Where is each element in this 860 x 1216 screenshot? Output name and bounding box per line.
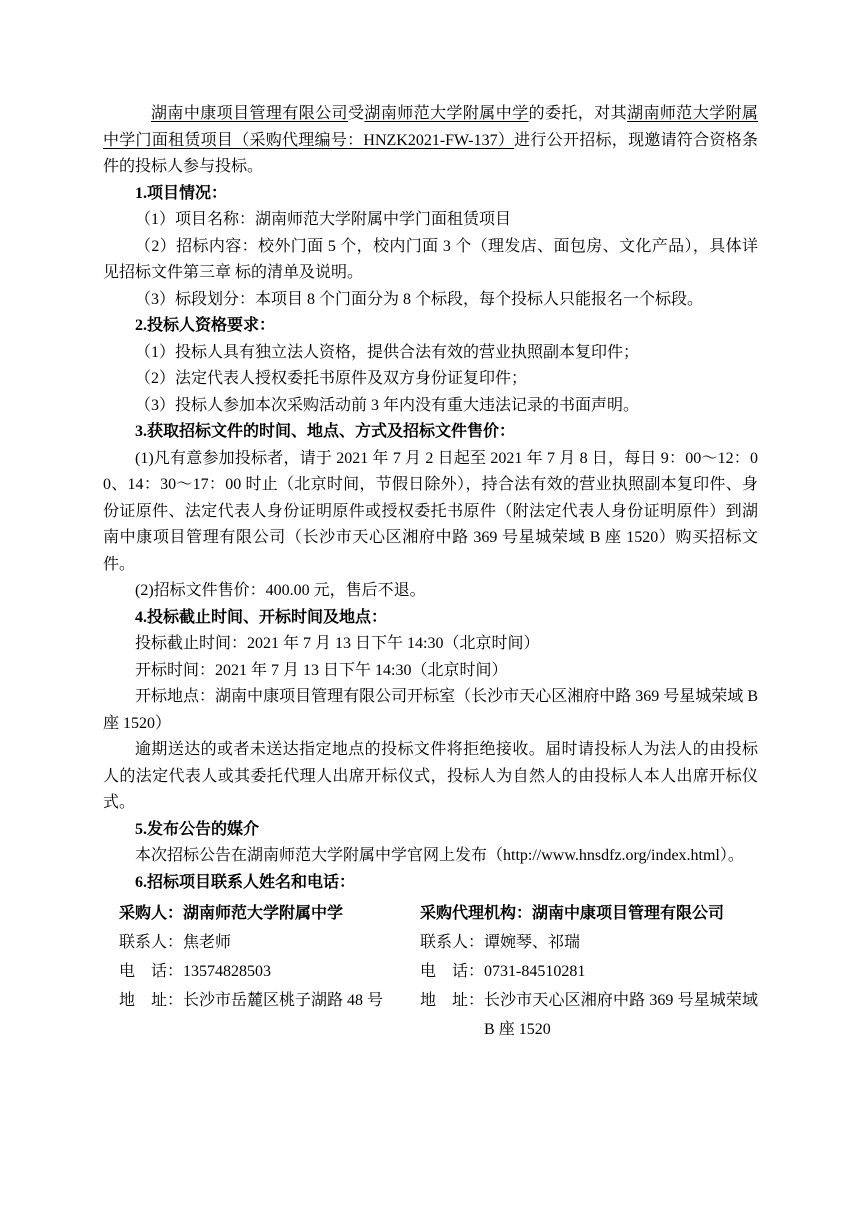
paragraph: (2)招标文件售价：400.00 元，售后不退。 <box>103 578 758 605</box>
agency-name: 湖南中康项目管理有限公司 <box>532 899 724 928</box>
contact-person-label: 联系人： <box>119 928 183 957</box>
document-page: 湖南中康项目管理有限公司受湖南师范大学附属中学的委托，对其湖南师范大学附属中学门… <box>103 101 758 1044</box>
paragraph: （3）投标人参加本次采购活动前 3 年内没有重大违法记录的书面声明。 <box>103 393 758 420</box>
paragraph: 开标地点：湖南中康项目管理有限公司开标室（长沙市天心区湘府中路 369 号星城荣… <box>103 684 758 737</box>
agency-phone-line: 电 话：0731-84510281 <box>420 957 758 986</box>
section-heading-3: 3.获取招标文件的时间、地点、方式及招标文件售价： <box>103 419 758 446</box>
document-body: 湖南中康项目管理有限公司受湖南师范大学附属中学的委托，对其湖南师范大学附属中学门… <box>103 101 758 896</box>
intro-paragraph: 湖南中康项目管理有限公司受湖南师范大学附属中学的委托，对其湖南师范大学附属中学门… <box>103 101 758 181</box>
paragraph: 本次招标公告在湖南师范大学附属中学官网上发布（http://www.hnsdfz… <box>103 843 758 870</box>
purchaser-name: 湖南师范大学附属中学 <box>183 899 343 928</box>
underlined-text-run: 湖南中康项目管理有限公司 <box>151 105 348 122</box>
contact-person-value: 谭婉琴、祁瑞 <box>484 928 580 957</box>
paragraph: （1）项目名称：湖南师范大学附属中学门面租赁项目 <box>103 207 758 234</box>
paragraph: （2）法定代表人授权委托书原件及双方身份证复印件； <box>103 366 758 393</box>
paragraph: 投标截止时间：2021 年 7 月 13 日下午 14:30（北京时间） <box>103 631 758 658</box>
purchaser-phone-line: 电 话：13574828503 <box>119 957 420 986</box>
agency-block: 采购代理机构：湖南中康项目管理有限公司 联系人：谭婉琴、祁瑞 电 话：0731-… <box>420 899 758 1044</box>
section-heading-4: 4.投标截止时间、开标时间及地点： <box>103 605 758 632</box>
address-label: 地 址： <box>420 986 484 1015</box>
agency-contact-line: 联系人：谭婉琴、祁瑞 <box>420 928 758 957</box>
contact-section: 采购人：湖南师范大学附属中学 联系人：焦老师 电 话：13574828503 地… <box>103 899 758 1044</box>
purchaser-address-line: 地 址：长沙市岳麓区桃子湖路 48 号 <box>119 986 420 1015</box>
text-run: 的委托，对其 <box>529 105 628 122</box>
paragraph: （2）招标内容：校外门面 5 个，校内门面 3 个（理发店、面包房、文化产品），… <box>103 234 758 287</box>
purchaser-block: 采购人：湖南师范大学附属中学 联系人：焦老师 电 话：13574828503 地… <box>119 899 420 1044</box>
phone-label: 电 话： <box>420 957 484 986</box>
phone-value: 13574828503 <box>183 957 271 986</box>
agency-title-line: 采购代理机构：湖南中康项目管理有限公司 <box>420 899 758 928</box>
paragraph: （1）投标人具有独立法人资格，提供合法有效的营业执照副本复印件； <box>103 340 758 367</box>
address-value: 长沙市岳麓区桃子湖路 48 号 <box>183 986 383 1015</box>
contact-person-value: 焦老师 <box>183 928 231 957</box>
text-run: 受 <box>348 105 364 122</box>
phone-label: 电 话： <box>119 957 183 986</box>
contact-person-label: 联系人： <box>420 928 484 957</box>
purchaser-contact-line: 联系人：焦老师 <box>119 928 420 957</box>
paragraph: 逾期送达的或者未送达指定地点的投标文件将拒绝接收。届时请投标人为法人的由投标人的… <box>103 737 758 817</box>
address-label: 地 址： <box>119 986 183 1015</box>
section-heading-2: 2.投标人资格要求： <box>103 313 758 340</box>
agency-label: 采购代理机构： <box>420 899 532 928</box>
section-heading-1: 1.项目情况： <box>103 181 758 208</box>
purchaser-title-line: 采购人：湖南师范大学附属中学 <box>119 899 420 928</box>
purchaser-label: 采购人： <box>119 899 183 928</box>
paragraph: （3）标段划分：本项目 8 个门面分为 8 个标段，每个投标人只能报名一个标段。 <box>103 287 758 314</box>
section-heading-5: 5.发布公告的媒介 <box>103 817 758 844</box>
agency-address-line: 地 址：长沙市天心区湘府中路 369 号星城荣域 B 座 1520 <box>420 986 758 1044</box>
phone-value: 0731-84510281 <box>484 957 585 986</box>
paragraph: (1)凡有意参加投标者，请于 2021 年 7 月 2 日起至 2021 年 7… <box>103 446 758 579</box>
paragraph: 开标时间：2021 年 7 月 13 日下午 14:30（北京时间） <box>103 658 758 685</box>
underlined-text-run: 湖南师范大学附属中学 <box>364 105 528 122</box>
section-heading-6: 6.招标项目联系人姓名和电话： <box>103 870 758 897</box>
address-value: 长沙市天心区湘府中路 369 号星城荣域 B 座 1520 <box>484 986 758 1044</box>
